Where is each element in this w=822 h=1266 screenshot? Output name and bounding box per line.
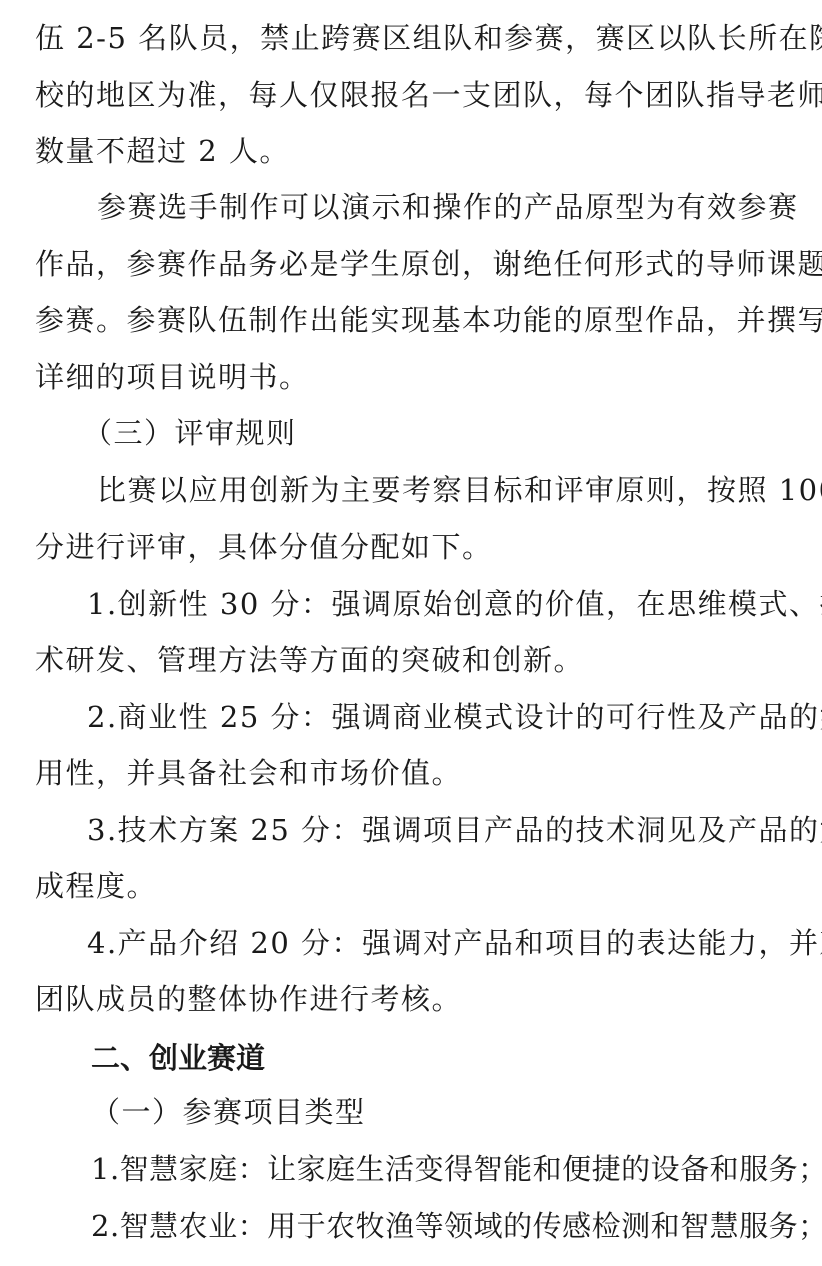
criterion-presentation: 4.产品介绍 20 分：强调对产品和项目的表达能力，并对 <box>87 923 822 963</box>
paragraph-line: 数量不超过 2 人。 <box>35 131 290 171</box>
paragraph-line: 参赛选手制作可以演示和操作的产品原型为有效参赛 <box>97 187 799 227</box>
paragraph-line: 术研发、管理方法等方面的突破和创新。 <box>35 640 584 680</box>
paragraph-line: 用性，并具备社会和市场价值。 <box>35 753 462 793</box>
paragraph-line: 比赛以应用创新为主要考察目标和评审原则，按照 100 <box>97 470 822 510</box>
paragraph-line: 作品，参赛作品务必是学生原创，谢绝任何形式的导师课题 <box>35 244 822 284</box>
criterion-commercial: 2.商业性 25 分：强调商业模式设计的可行性及产品的实 <box>87 697 822 737</box>
paragraph-line: 分进行评审，具体分值分配如下。 <box>35 527 493 567</box>
paragraph-line: 成程度。 <box>35 866 157 906</box>
criterion-technical: 3.技术方案 25 分：强调项目产品的技术洞见及产品的完 <box>87 810 822 850</box>
criterion-innovation: 1.创新性 30 分：强调原始创意的价值，在思维模式、技 <box>87 584 822 624</box>
subsection-heading-judging-rules: （三）评审规则 <box>83 413 297 453</box>
paragraph-line: 详细的项目说明书。 <box>35 357 310 397</box>
subsection-heading-project-types: （一）参赛项目类型 <box>91 1092 366 1132</box>
paragraph-line: 伍 2-5 名队员，禁止跨赛区组队和参赛，赛区以队长所在院 <box>35 18 822 58</box>
paragraph-line: 校的地区为准，每人仅限报名一支团队，每个团队指导老师 <box>35 75 822 115</box>
list-item-smart-home: 1.智慧家庭：让家庭生活变得智能和便捷的设备和服务； <box>91 1149 822 1189</box>
section-heading-startup-track: 二、创业赛道 <box>91 1038 265 1078</box>
paragraph-line: 参赛。参赛队伍制作出能实现基本功能的原型作品，并撰写 <box>35 300 822 340</box>
paragraph-line: 团队成员的整体协作进行考核。 <box>35 979 462 1019</box>
list-item-smart-agriculture: 2.智慧农业：用于农牧渔等领域的传感检测和智慧服务； <box>91 1206 822 1246</box>
